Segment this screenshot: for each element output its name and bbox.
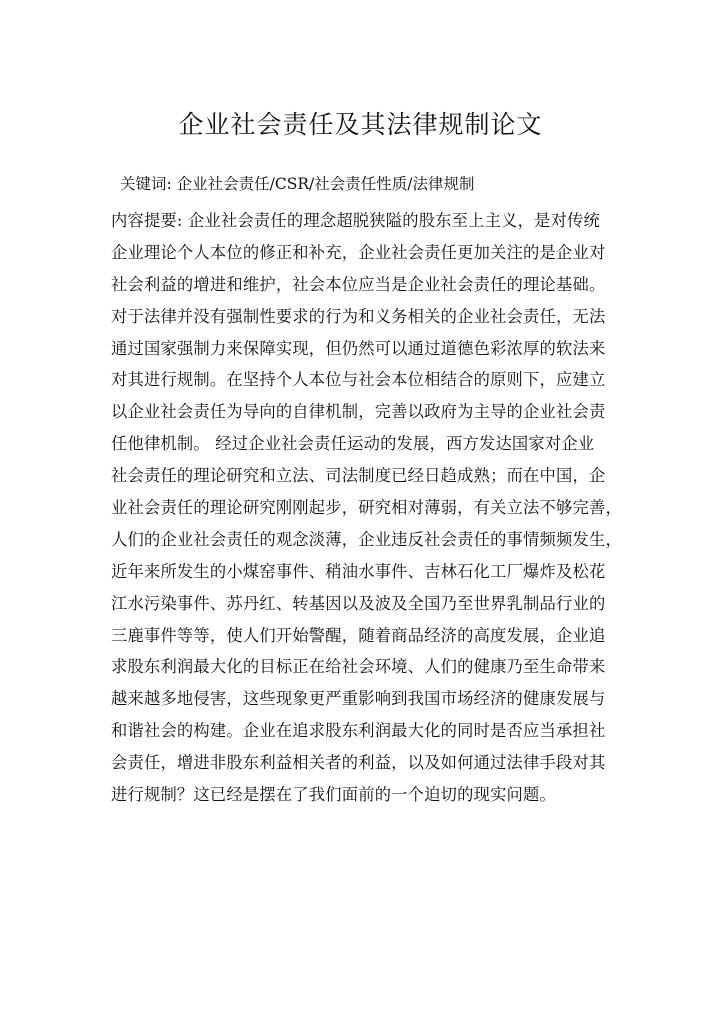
abstract-line: 企业理论个人本位的修正和补充，企业社会责任更加关注的是企业对 (111, 237, 616, 269)
abstract-line: 进行规制？这已经是摆在了我们面前的一个迫切的现实问题。 (111, 779, 616, 811)
abstract-line: 越来越多地侵害，这些现象更严重影响到我国市场经济的健康发展与 (111, 683, 616, 715)
abstract-line: 三鹿事件等等，使人们开始警醒，随着商品经济的高度发展，企业追 (111, 620, 616, 652)
abstract-line: 江水污染事件、苏丹红、转基因以及波及全国乃至世界乳制品行业的 (111, 588, 616, 620)
abstract-line: 对其进行规制。在坚持个人本位与社会本位相结合的原则下，应建立 (111, 364, 616, 396)
abstract-line: 社会利益的增进和维护，社会本位应当是企业社会责任的理论基础。 (111, 269, 616, 301)
abstract-line: 近年来所发生的小煤窑事件、稍油水事件、吉林石化工厂爆炸及松花 (111, 556, 616, 588)
abstract-line: 通过国家强制力来保障实现，但仍然可以通过道德色彩浓厚的软法来 (111, 333, 616, 365)
abstract-line: 人们的企业社会责任的观念淡薄，企业违反社会责任的事情频频发生， (111, 524, 616, 556)
abstract-line: 对于法律并没有强制性要求的行为和义务相关的企业社会责任，无法 (111, 301, 616, 333)
abstract-line: 任他律机制。 经过企业社会责任运动的发展，西方发达国家对企业 (111, 428, 616, 460)
abstract-line: 会责任，增进非股东利益相关者的利益，以及如何通过法律手段对其 (111, 747, 616, 779)
keywords-line: 关键词: 企业社会责任/CSR/社会责任性质/法律规制 (120, 172, 474, 194)
document-title: 企业社会责任及其法律规制论文 (0, 105, 721, 141)
abstract-line: 以企业社会责任为导向的自律机制，完善以政府为主导的企业社会责 (111, 396, 616, 428)
abstract-line: 业社会责任的理论研究刚刚起步，研究相对薄弱，有关立法不够完善， (111, 492, 616, 524)
abstract-line: 和谐社会的构建。企业在追求股东利润最大化的同时是否应当承担社 (111, 715, 616, 747)
abstract-body: 内容提要: 企业社会责任的理念超脱狭隘的股东至上主义，是对传统 企业理论个人本位… (111, 205, 616, 811)
abstract-line: 求股东利润最大化的目标正在给社会环境、人们的健康乃至生命带来 (111, 651, 616, 683)
abstract-line: 内容提要: 企业社会责任的理念超脱狭隘的股东至上主义，是对传统 (111, 205, 616, 237)
abstract-line: 社会责任的理论研究和立法、司法制度已经日趋成熟；而在中国，企 (111, 460, 616, 492)
